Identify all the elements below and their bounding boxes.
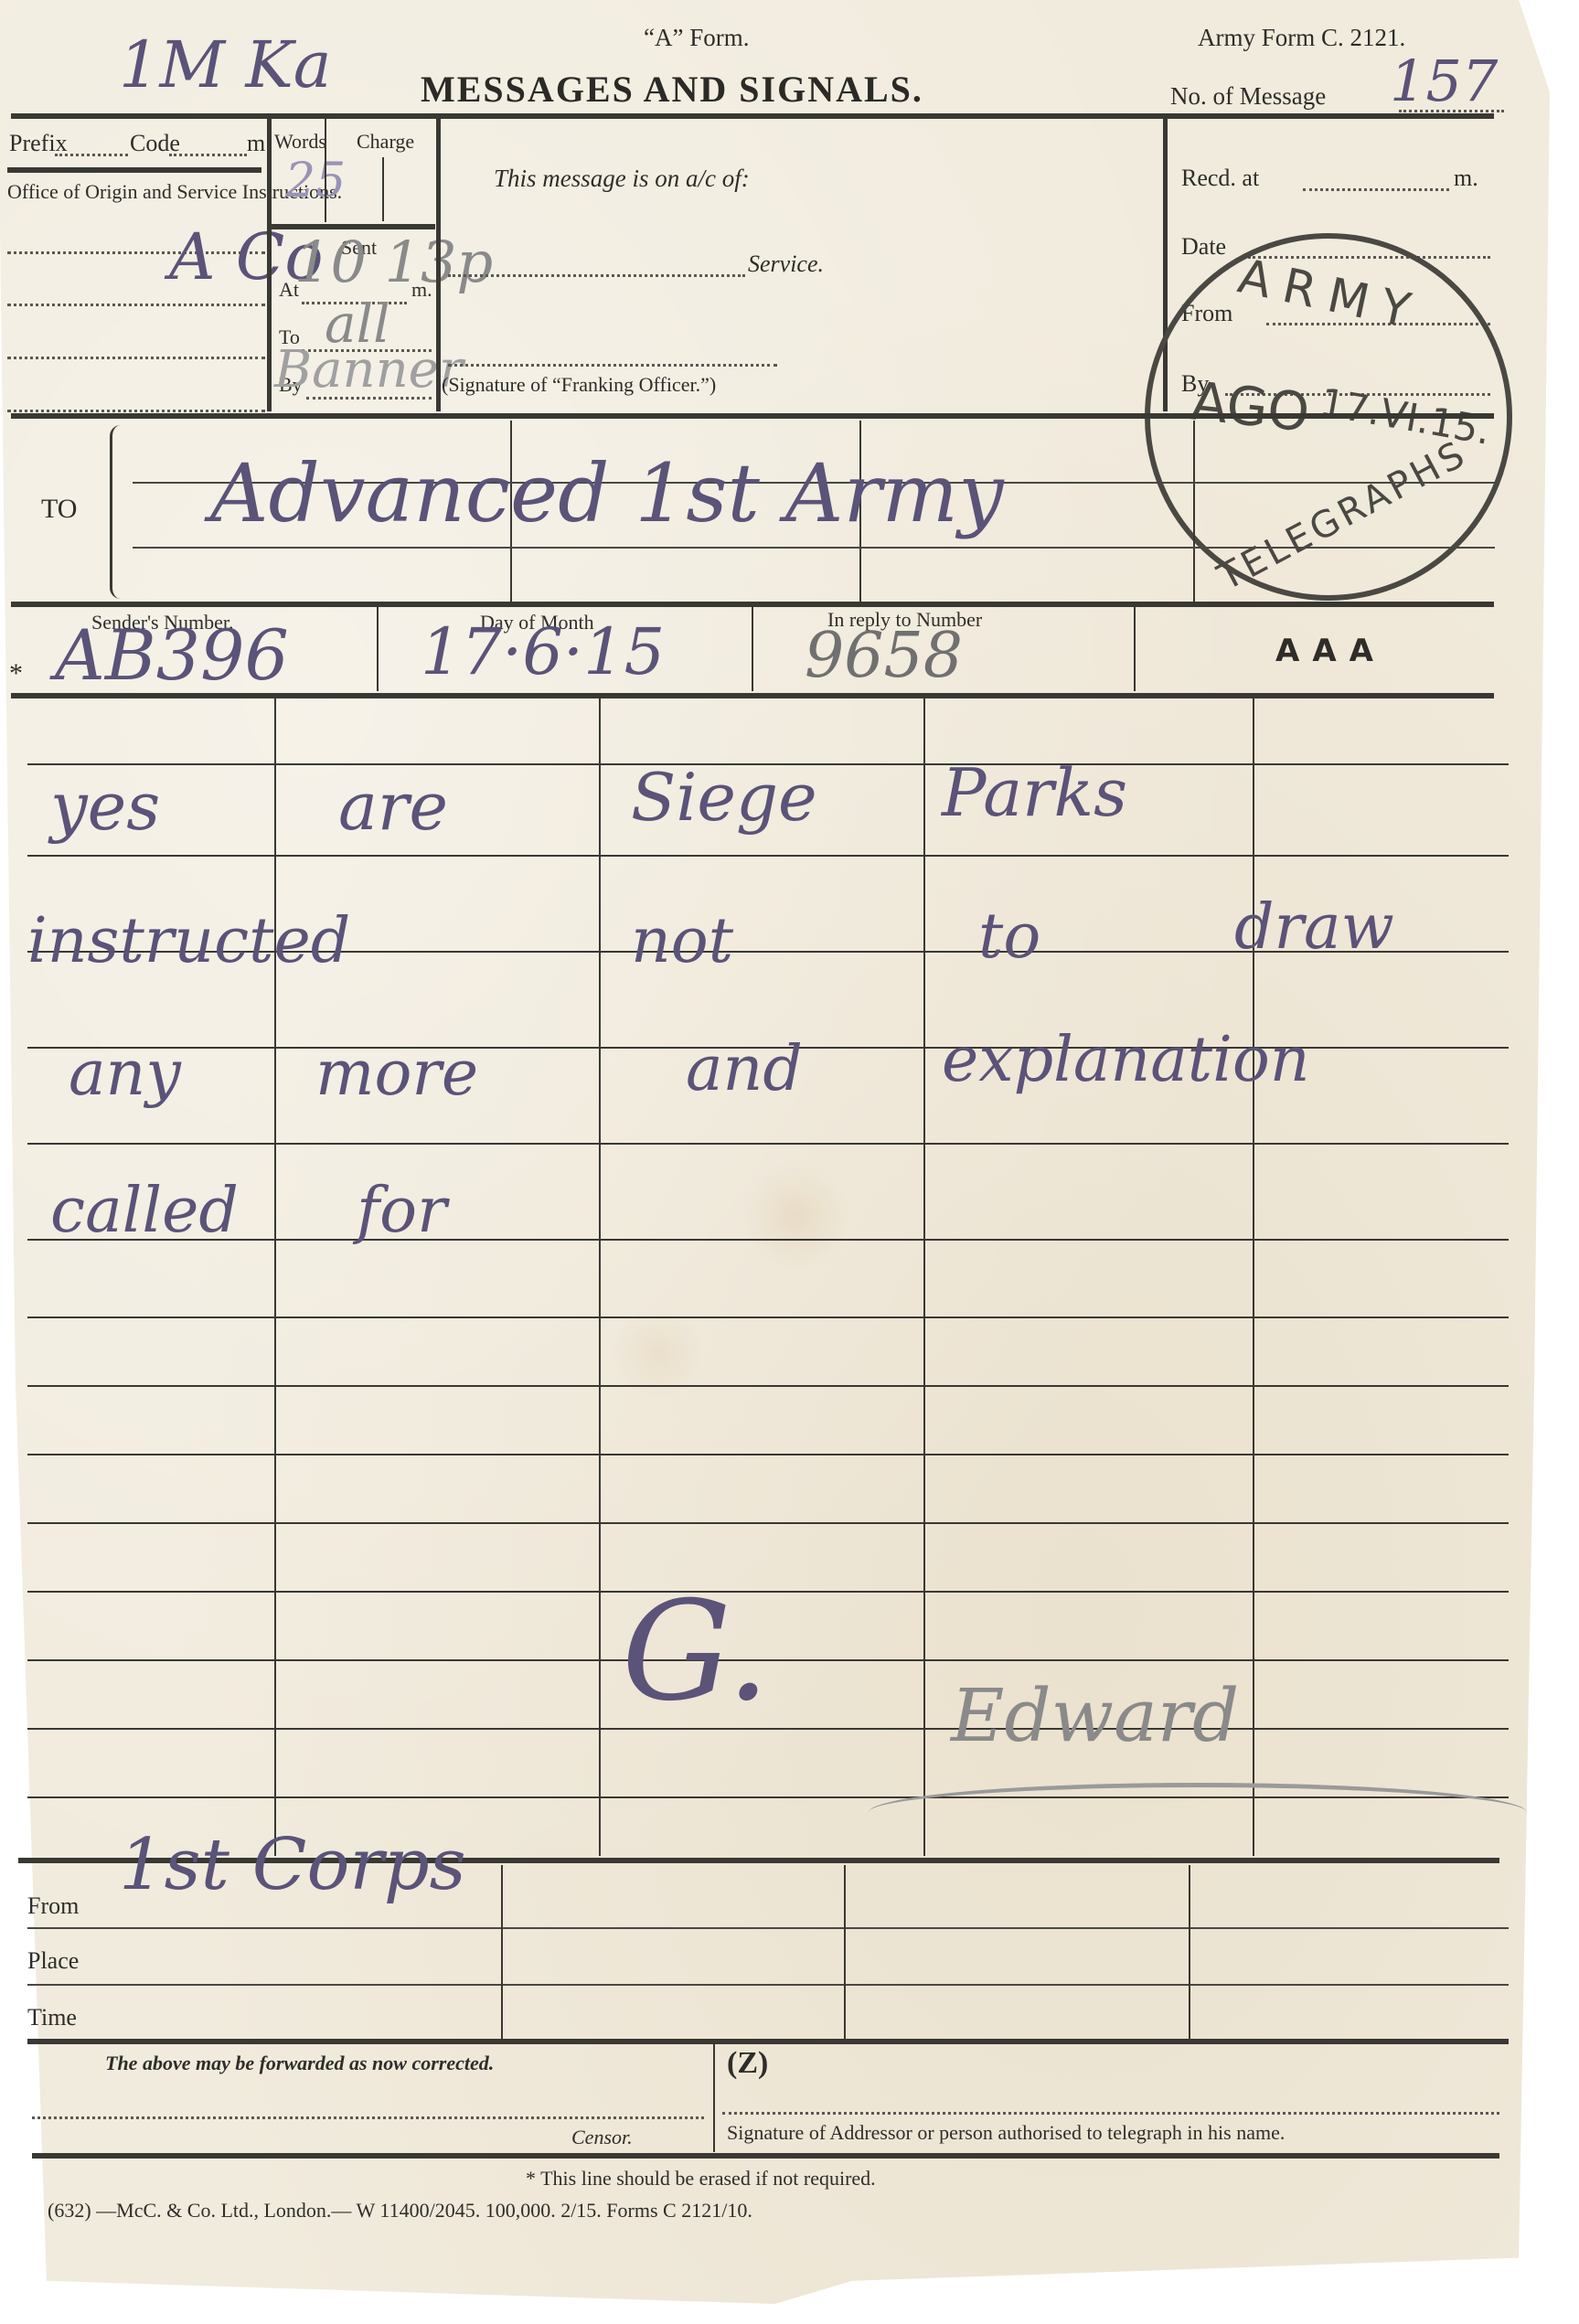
recd-m-suffix: m.: [1454, 165, 1478, 192]
time-label: Time: [27, 2004, 77, 2031]
words-label: Words: [274, 130, 326, 154]
words-value[interactable]: 25: [285, 154, 346, 208]
message-word[interactable]: called: [50, 1175, 239, 1247]
date-label: Date: [1181, 233, 1226, 261]
from-col-divider-1: [501, 1865, 503, 2039]
code-field[interactable]: [169, 154, 247, 156]
censor-divider: [713, 2044, 715, 2152]
footer-from-label: From: [27, 1892, 79, 1920]
message-word[interactable]: more: [315, 1038, 478, 1110]
top-rule: [11, 113, 1494, 119]
body-row-line: [27, 1239, 1509, 1241]
words-left-border: [267, 117, 272, 411]
from-col-divider-3: [1189, 1865, 1190, 2039]
message-word[interactable]: yes: [50, 768, 160, 845]
service-field[interactable]: [448, 274, 745, 277]
to-brace: [110, 425, 127, 599]
censor-signature-field[interactable]: [32, 2116, 704, 2119]
message-word[interactable]: for: [357, 1175, 447, 1247]
message-word[interactable]: any: [69, 1038, 181, 1110]
top-handwriting: 1M Ka: [119, 27, 332, 102]
body-row-line: [27, 1143, 1509, 1145]
charge-label: Charge: [357, 130, 414, 154]
to-value[interactable]: Advanced 1st Army: [210, 446, 1004, 540]
body-row-line: [27, 855, 1509, 857]
printer-line: (632) —McC. & Co. Ltd., London.— W 11400…: [48, 2199, 752, 2223]
franking-officer-label: (Signature of “Franking Officer.”): [442, 373, 716, 397]
to-line-2: [133, 547, 1495, 549]
body-row-line: [27, 1454, 1509, 1455]
stamp-code: AGO: [1189, 369, 1313, 443]
to-col-divider-3: [1193, 421, 1195, 603]
recd-at-field[interactable]: [1303, 188, 1449, 191]
sent-right-border: [436, 117, 441, 411]
message-word[interactable]: explanation: [942, 1024, 1310, 1096]
message-word[interactable]: Siege: [631, 759, 817, 836]
censor-label: Censor.: [571, 2126, 633, 2149]
office-line-3[interactable]: [7, 357, 265, 359]
numbers-divider-1: [377, 607, 379, 691]
prefix-rule: [7, 167, 261, 173]
z-marker: (Z): [727, 2046, 768, 2081]
form-title: MESSAGES AND SIGNALS.: [421, 68, 923, 111]
body-row-line: [27, 1317, 1509, 1318]
place-line: [27, 1984, 1509, 1986]
message-number-label: No. of Message: [1170, 82, 1326, 111]
stamp-top-text: ARMY: [1233, 249, 1427, 341]
message-word[interactable]: instructed: [27, 905, 350, 977]
place-label: Place: [27, 1947, 79, 1975]
body-col-divider-3: [923, 695, 925, 1856]
body-top-rule: [11, 693, 1494, 698]
addressor-signature-field[interactable]: [722, 2112, 1499, 2115]
account-label: This message is on a/c of:: [494, 165, 750, 193]
body-col-divider-4: [1253, 695, 1254, 1856]
censor-top-rule: [27, 2039, 1509, 2044]
recd-at-label: Recd. at: [1181, 165, 1259, 192]
army-form-number: Army Form C. 2121.: [1198, 24, 1405, 52]
office-line-4[interactable]: [7, 410, 265, 412]
to-top-rule: [11, 413, 1494, 419]
franking-signature-field[interactable]: [448, 364, 777, 367]
to-label: TO: [41, 494, 77, 525]
charge-divider: [382, 157, 384, 221]
signature-underline: [869, 1783, 1527, 1842]
erase-note: * This line should be erased if not requ…: [526, 2167, 876, 2191]
message-word[interactable]: Parks: [942, 754, 1127, 831]
senders-number-value[interactable]: AB396: [55, 614, 289, 696]
sent-by-value[interactable]: Banner: [274, 340, 464, 400]
footer-from-value[interactable]: 1st Corps: [119, 1824, 466, 1906]
signature-name: Edward: [951, 1673, 1239, 1758]
message-word[interactable]: draw: [1234, 891, 1394, 964]
message-word[interactable]: and: [686, 1033, 803, 1105]
addressor-signature-label: Signature of Addressor or person authori…: [727, 2121, 1285, 2145]
from-line: [27, 1927, 1509, 1929]
body-row-line: [27, 1522, 1509, 1524]
message-word[interactable]: to: [978, 901, 1040, 973]
body-col-divider-1: [274, 695, 276, 1856]
asterisk-mark: *: [9, 658, 23, 689]
bottom-rule: [32, 2153, 1499, 2159]
message-word[interactable]: not: [631, 905, 733, 977]
message-number-value[interactable]: 157: [1390, 48, 1498, 114]
day-of-month-value[interactable]: 17·6·15: [421, 614, 665, 689]
form-type-label: “A” Form.: [644, 24, 749, 52]
body-row-line: [27, 1385, 1509, 1387]
office-line-2[interactable]: [7, 304, 265, 306]
from-col-divider-2: [844, 1865, 846, 2039]
service-label: Service.: [748, 251, 824, 278]
sent-at-value[interactable]: 10 13p: [294, 229, 493, 295]
aaa-separator: AAA: [1275, 633, 1386, 669]
forwarded-note: The above may be forwarded as now correc…: [105, 2052, 494, 2075]
numbers-divider-3: [1134, 607, 1136, 691]
prefix-field[interactable]: [55, 154, 128, 156]
in-reply-value[interactable]: 9658: [805, 620, 963, 692]
body-col-divider-2: [599, 695, 601, 1856]
words-charge-divider: [325, 117, 326, 222]
numbers-divider-2: [752, 607, 753, 691]
message-word[interactable]: are: [338, 768, 448, 845]
signature-initials: G.: [622, 1572, 770, 1732]
